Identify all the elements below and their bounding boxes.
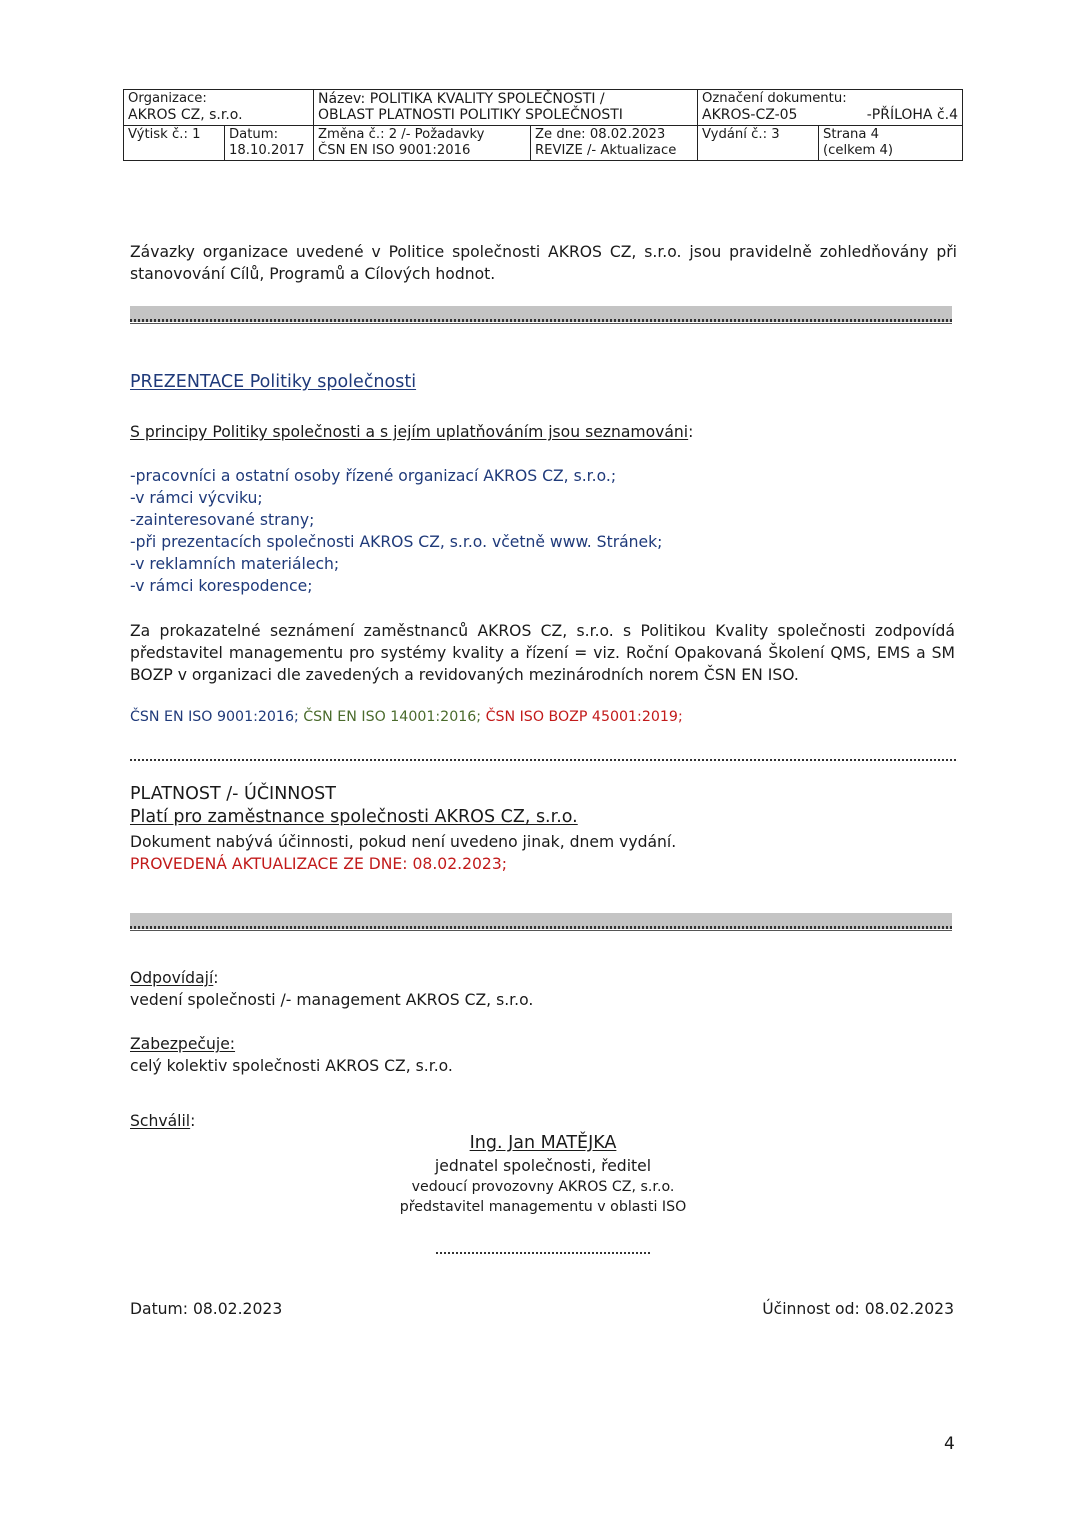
page-number: 4 [944, 1434, 955, 1454]
section-separator [130, 306, 952, 322]
change-line1: Změna č.: 2 /- Požadavky [318, 127, 526, 143]
revision-type: REVIZE /- Aktualizace [535, 143, 693, 159]
signature-block: Ing. Jan MATĚJKA jednatel společnosti, ř… [343, 1131, 743, 1217]
date-label: Datum: [229, 127, 309, 143]
organization-value: AKROS CZ, s.r.o. [128, 107, 309, 123]
signature-line [436, 1252, 652, 1254]
organization-label: Organizace: [128, 91, 309, 107]
validity-update-note: PROVEDENÁ AKTUALIZACE ZE DNE: 08.02.2023… [130, 853, 507, 875]
colon: : [213, 969, 218, 987]
list-item: -v rámci korespodence; [130, 575, 662, 597]
revision-cell: Ze dne: 08.02.2023 REVIZE /- Aktualizace [531, 126, 698, 161]
footer-effective-from: Účinnost od: 08.02.2023 [762, 1298, 954, 1320]
document-title-line1: Název: POLITIKA KVALITY SPOLEČNOSTI / [318, 91, 693, 107]
revision-date: Ze dne: 08.02.2023 [535, 127, 693, 143]
list-item: -pracovníci a ostatní osoby řízené organ… [130, 465, 662, 487]
list-item: -v reklamních materiálech; [130, 553, 662, 575]
signatory-role-2: vedoucí provozovny AKROS CZ, s.r.o. [343, 1177, 743, 1197]
change-line2: ČSN EN ISO 9001:2016 [318, 143, 526, 159]
copy-number: Výtisk č.: 1 [128, 127, 220, 143]
presentation-list: -pracovníci a ostatní osoby řízené organ… [130, 465, 662, 597]
responsibility-paragraph: Za prokazatelné seznámení zaměstnanců AK… [130, 620, 955, 686]
issue-number: Vydání č.: 3 [702, 127, 814, 143]
date-value: 18.10.2017 [229, 143, 309, 159]
colon: : [688, 423, 693, 441]
signatory-role-1: jednatel společnosti, ředitel [343, 1156, 743, 1177]
footer-date: Datum: 08.02.2023 [130, 1298, 282, 1320]
validity-effectiveness: Dokument nabývá účinnosti, pokud není uv… [130, 831, 676, 853]
document-title-line2: OBLAST PLATNOSTI POLITIKY SPOLEČNOSTI [318, 107, 693, 123]
standard-iso-45001: ČSN ISO BOZP 45001:2019; [481, 709, 683, 725]
change-cell: Změna č.: 2 /- Požadavky ČSN EN ISO 9001… [314, 126, 531, 161]
ensures-block: Zabezpečuje: celý kolektiv společnosti A… [130, 1033, 453, 1077]
validity-applies-to: Platí pro zaměstnance společnosti AKROS … [130, 806, 578, 829]
date-cell: Datum: 18.10.2017 [225, 126, 314, 161]
ensures-value: celý kolektiv společnosti AKROS CZ, s.r.… [130, 1055, 453, 1077]
approved-block: Schválil: [130, 1110, 195, 1132]
issue-cell: Vydání č.: 3 [698, 126, 819, 161]
approved-label: Schválil [130, 1112, 190, 1130]
standard-iso-9001: ČSN EN ISO 9001:2016; [130, 709, 299, 725]
colon: : [190, 1112, 195, 1130]
document-id-value: AKROS-CZ-05 [702, 107, 797, 123]
document-header-table: Organizace: AKROS CZ, s.r.o. Název: POLI… [123, 89, 963, 161]
copy-number-cell: Výtisk č.: 1 [124, 126, 225, 161]
presentation-heading: PREZENTACE Politiky společnosti [130, 372, 416, 392]
responsible-label: Odpovídají [130, 969, 213, 987]
presentation-subheading-line: S principy Politiky společnosti a s její… [130, 421, 693, 443]
list-item: -v rámci výcviku; [130, 487, 662, 509]
page-line2: (celkem 4) [823, 143, 958, 159]
presentation-subheading: S principy Politiky společnosti a s její… [130, 423, 688, 441]
signatory-name: Ing. Jan MATĚJKA [343, 1131, 743, 1156]
organization-cell: Organizace: AKROS CZ, s.r.o. [124, 90, 314, 126]
page-line1: Strana 4 [823, 127, 958, 143]
responsible-block: Odpovídají: vedení společnosti /- manage… [130, 967, 533, 1011]
validity-heading: PLATNOST /- ÚČINNOST [130, 783, 336, 806]
intro-paragraph: Závazky organizace uvedené v Politice sp… [130, 241, 957, 285]
document-title-cell: Název: POLITIKA KVALITY SPOLEČNOSTI / OB… [314, 90, 698, 126]
page-cell: Strana 4 (celkem 4) [819, 126, 963, 161]
standard-iso-14001: ČSN EN ISO 14001:2016; [299, 709, 481, 725]
list-item: -zainteresované strany; [130, 509, 662, 531]
ensures-label: Zabezpečuje: [130, 1033, 453, 1055]
document-id-cell: Označení dokumentu: AKROS-CZ-05 -PŘÍLOHA… [698, 90, 963, 126]
document-id-label: Označení dokumentu: [702, 91, 958, 107]
standards-line: ČSN EN ISO 9001:2016; ČSN EN ISO 14001:2… [130, 707, 683, 727]
list-item: -při prezentacích společnosti AKROS CZ, … [130, 531, 662, 553]
signatory-role-3: představitel managementu v oblasti ISO [343, 1197, 743, 1217]
attachment-label: -PŘÍLOHA č.4 [867, 107, 958, 123]
dotted-separator [130, 759, 956, 761]
responsible-value: vedení společnosti /- management AKROS C… [130, 989, 533, 1011]
section-separator [130, 913, 952, 929]
